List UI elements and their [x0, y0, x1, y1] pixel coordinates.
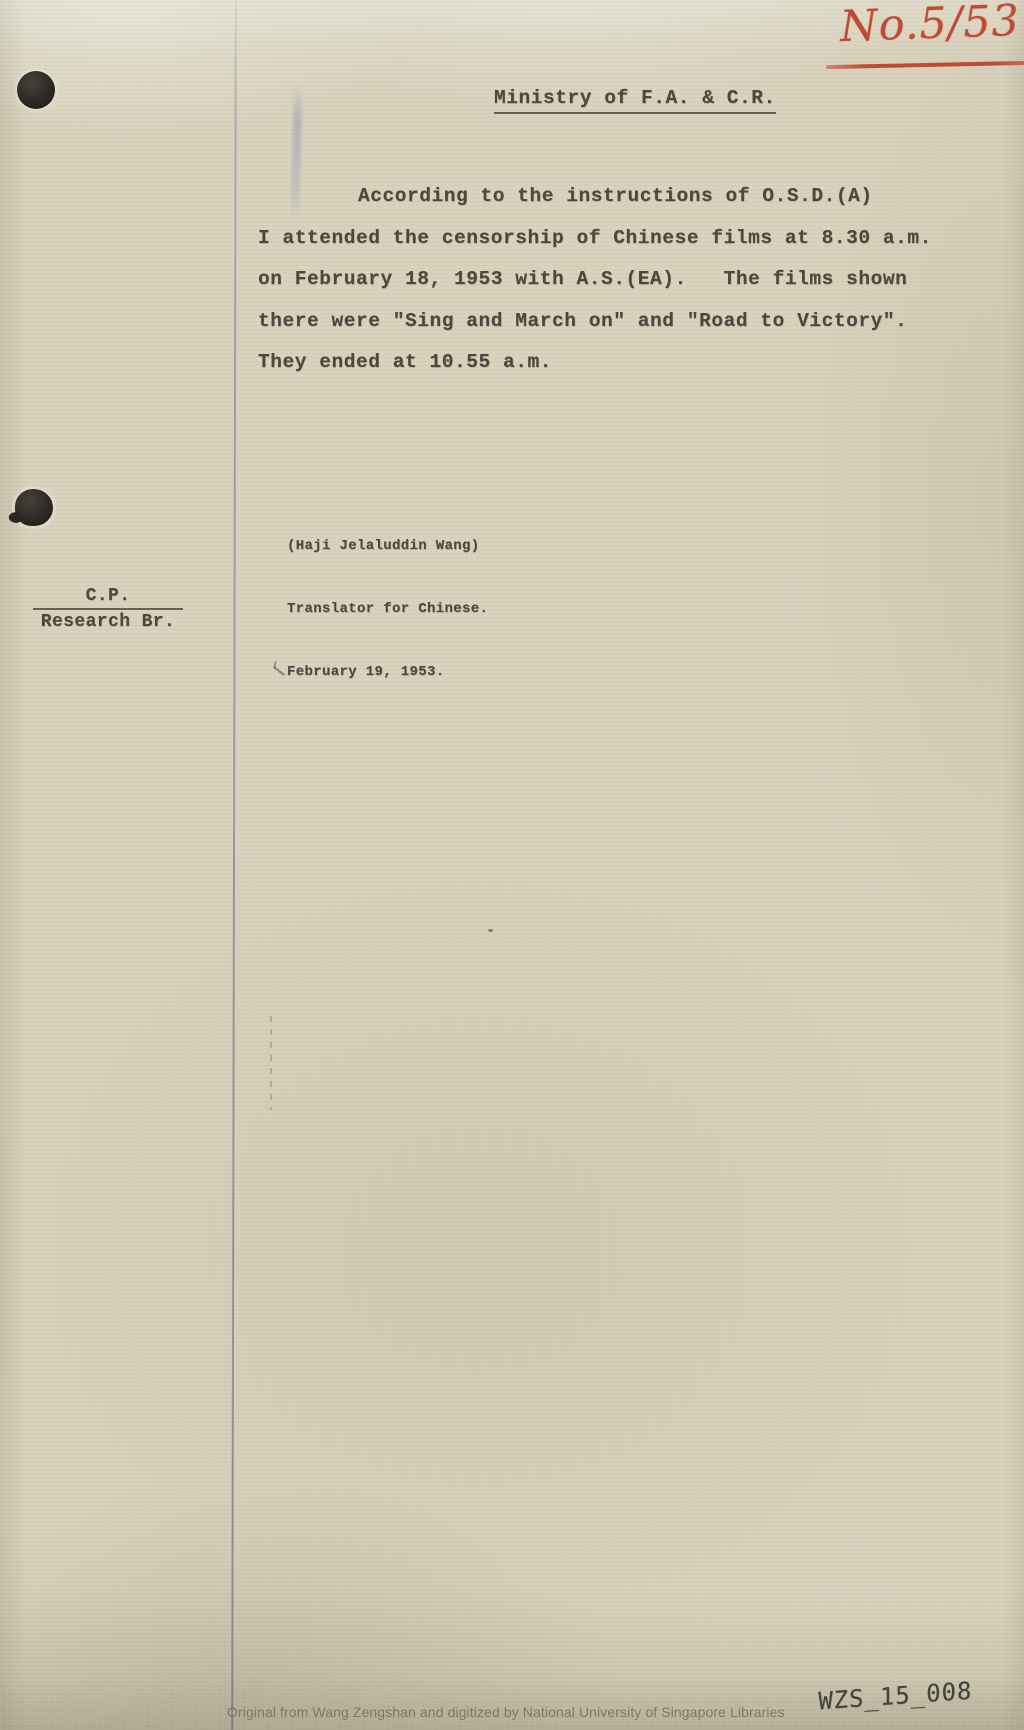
body-paragraph: According to the instructions of O.S.D.(… — [258, 176, 932, 384]
routing-recipient: C.P. — [33, 585, 183, 610]
body-line: According to the instructions of O.S.D.(… — [258, 176, 932, 218]
hole-punch-middle — [15, 489, 53, 526]
crease-tick-mark — [273, 666, 285, 676]
document-title: Ministry of F.A. & C.R. — [494, 88, 776, 114]
digitization-watermark: Original from Wang Zengshan and digitize… — [227, 1704, 785, 1720]
body-line: on February 18, 1953 with A.S.(EA). The … — [258, 259, 932, 301]
signature-block: (Haji Jelaluddin Wang) Translator for Ch… — [287, 494, 488, 725]
body-line: They ended at 10.55 a.m. — [258, 342, 932, 384]
reference-number-handwritten: No.5/53 — [839, 0, 1021, 51]
archive-code-handwritten: WZS_15_008 — [818, 1677, 972, 1716]
hole-punch-top — [17, 71, 55, 109]
scanned-document-page: No.5/53 Ministry of F.A. & C.R. Accordin… — [0, 0, 1024, 1730]
faint-dashed-line — [270, 1016, 272, 1110]
body-line: there were "Sing and March on" and "Road… — [258, 301, 932, 343]
ruled-margin-line — [231, 0, 237, 1730]
signature-date: February 19, 1953. — [287, 662, 488, 683]
signature-name: (Haji Jelaluddin Wang) — [287, 536, 488, 557]
routing-sender: Research Br. — [33, 610, 183, 633]
routing-block: C.P. Research Br. — [33, 585, 183, 633]
body-line: I attended the censorship of Chinese fil… — [258, 218, 932, 260]
signature-role: Translator for Chinese. — [287, 599, 488, 620]
reference-number-underline — [826, 61, 1024, 69]
ink-speck — [488, 929, 493, 932]
